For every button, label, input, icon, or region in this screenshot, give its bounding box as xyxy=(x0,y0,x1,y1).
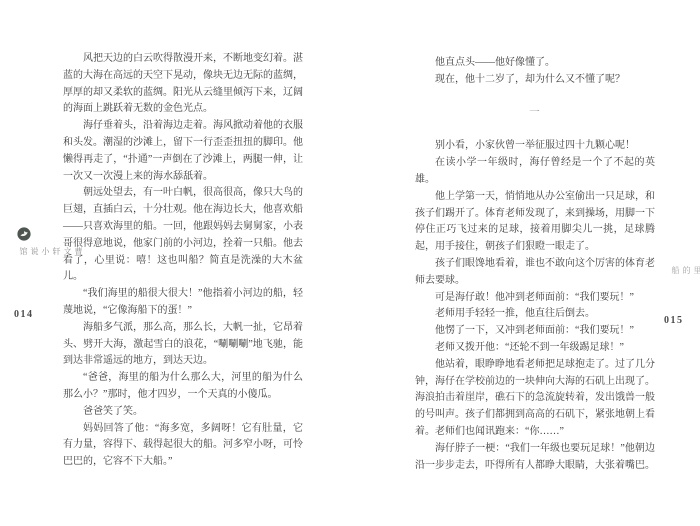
section-number: 一 xyxy=(415,105,655,122)
paragraph: 海仔垂着头，沿着海边走着。海风掀动着他的衣服和头发。潮湿的沙滩上，留下一行歪歪扭… xyxy=(63,118,303,185)
paragraph: 他站着，眼睁睁地看老师把足球抱走了。过了几分钟，海仔在学校前边的一块伸向大海的石… xyxy=(415,357,655,441)
left-page-number: 014 xyxy=(14,309,34,320)
paragraph: “我们海里的船很大很大！”他指着小河边的船，轻蔑地说，“它像海船下的蛋！” xyxy=(63,286,303,320)
paragraph: 可是海仔敢！他冲到老师面前：“我们要玩！” xyxy=(415,290,655,307)
right-page-text: 他直点头——他好像懂了。 现在，他十二岁了，却为什么又不懂了呢？ 一 别小看，小… xyxy=(415,55,655,474)
paragraph: 妈妈回答了他：“海多宽，多阔呀！它有肚量，它有力量，容得下、载得起很大的船。河多… xyxy=(63,421,303,471)
paragraph: 风把天边的白云吹得散漫开来，不断地变幻着。湛蓝的大海在高远的天空下晃动，像块无边… xyxy=(63,51,303,118)
paragraph: 别小看，小家伙曾一举征服过四十九颗心呢！ xyxy=(415,138,655,155)
left-page-text: 风把天边的白云吹得散漫开来，不断地变幻着。湛蓝的大海在高远的天空下晃动，像块无边… xyxy=(63,51,303,471)
paragraph: 老师又拨开他：“还轮不到一年级踢足球！” xyxy=(415,340,655,357)
right-page-number: 015 xyxy=(664,315,684,326)
paragraph: “爸爸，海里的船为什么那么大，河里的船为什么那么小？”那时，他才四岁，一个天真的… xyxy=(63,370,303,404)
paragraph: 海船多气派，那么高，那么长，大帆一扯，它昂着头、劈开大海，激起雪白的浪花，“唰唰… xyxy=(63,320,303,370)
paragraph: 孩子们眼馋地看着，谁也不敢向这个厉害的体育老师去要球。 xyxy=(415,256,655,290)
series-logo-bird-icon xyxy=(17,227,31,241)
paragraph: 老师用手轻轻一推，他直往后倒去。 xyxy=(415,306,655,323)
book-spread: 曹文轩小说馆 014 风把天边的白云吹得散漫开来，不断地变幻着。湛蓝的大海在高远… xyxy=(0,0,700,526)
paragraph: 海仔脖子一梗：“我们一年级也要玩足球！”他朝边沿一步步走去，吓得所有人都睁大眼睛… xyxy=(415,441,655,475)
paragraph: 他上学第一天，悄悄地从办公室偷出一只足球，和孩子们踢开了。体育老师发现了，来到操… xyxy=(415,189,655,256)
chapter-title-vertical: 海里的船 xyxy=(670,266,700,276)
paragraph: 爸爸笑了笑。 xyxy=(63,404,303,421)
paragraph: 现在，他十二岁了，却为什么又不懂了呢？ xyxy=(415,72,655,89)
paragraph: 朝远处望去，有一叶白帆，很高很高，像只大鸟的巨翅，直插白云，十分壮观。他在海边长… xyxy=(63,185,303,286)
paragraph: 他愣了一下，又冲到老师面前：“我们要玩！” xyxy=(415,323,655,340)
paragraph: 在读小学一年级时，海仔曾经是一个了不起的英雄。 xyxy=(415,155,655,189)
paragraph: 他直点头——他好像懂了。 xyxy=(415,55,655,72)
